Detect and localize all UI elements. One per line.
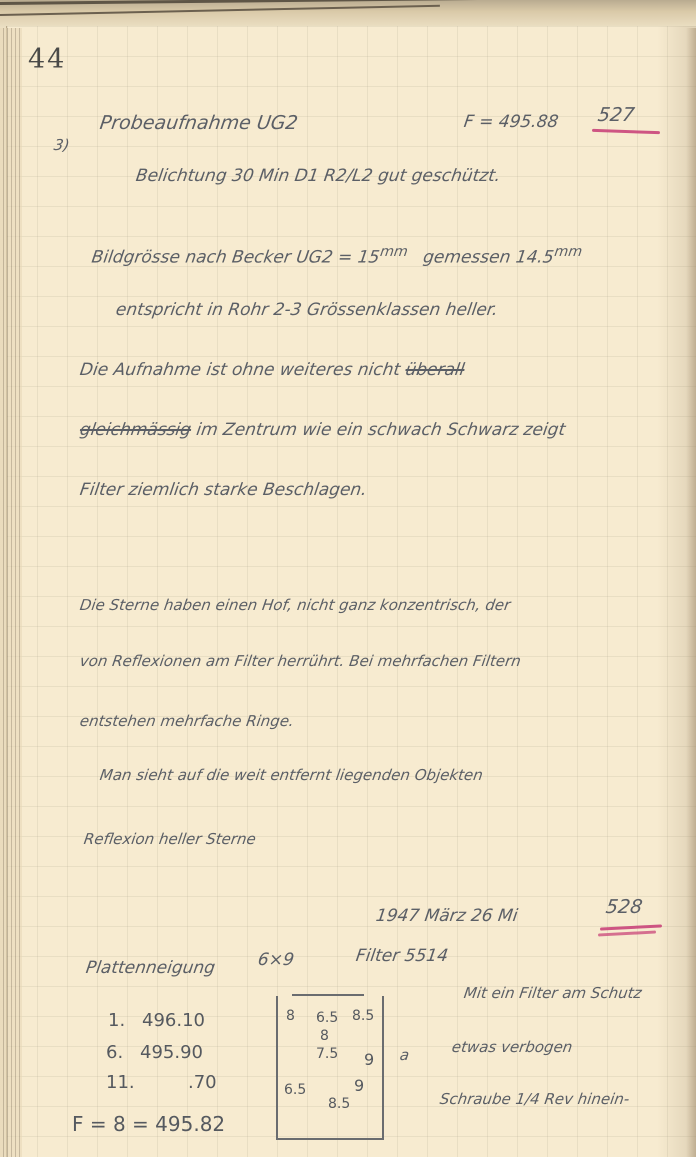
entry-title: Probeaufnahme UG2 bbox=[98, 112, 299, 134]
note-line: Mit ein Filter am Schutz bbox=[463, 984, 643, 1002]
note-line: etwas verbogen bbox=[451, 1038, 574, 1056]
grid-value: 8 bbox=[320, 1028, 329, 1044]
notebook-binding bbox=[0, 0, 696, 28]
text-line: Man sieht auf die weit entfernt liegende… bbox=[99, 766, 484, 784]
text-line: Die Sterne haben einen Hof, nicht ganz k… bbox=[79, 596, 512, 614]
text-span: Bildgrösse nach Becker UG2 = 15 bbox=[90, 248, 380, 268]
plate-format: 6×9 bbox=[257, 950, 296, 970]
focus-result: F = 8 = 495.82 bbox=[72, 1112, 225, 1136]
focus-value: F = 495.88 bbox=[463, 112, 560, 132]
grid-value: 6.5 bbox=[284, 1082, 306, 1098]
plate-number-527: 527 bbox=[596, 104, 635, 126]
superscript: mm bbox=[553, 244, 583, 260]
plate-number-528: 528 bbox=[604, 896, 643, 918]
reading-label: 11. bbox=[106, 1072, 135, 1093]
text-line: entspricht in Rohr 2-3 Grössenklassen he… bbox=[115, 300, 500, 320]
reading-label: 1. bbox=[108, 1010, 125, 1031]
text-line: entstehen mehrfache Ringe. bbox=[79, 712, 295, 730]
entry-date: 1947 März 26 Mi bbox=[375, 906, 519, 926]
note-line: Schraube 1/4 Rev hinein- bbox=[439, 1090, 631, 1108]
text-span: im Zentrum wie ein schwach Schwarz zeigt bbox=[195, 420, 567, 440]
grid-value: 9 bbox=[354, 1076, 364, 1095]
grid-value: 7.5 bbox=[316, 1046, 338, 1062]
exposure-line: Belichtung 30 Min D1 R2/L2 gut geschützt… bbox=[135, 166, 502, 186]
reading-value: .70 bbox=[188, 1072, 217, 1093]
grid-value: 6.5 bbox=[316, 1010, 338, 1026]
text-span: Die Aufnahme ist ohne weiteres nicht bbox=[79, 360, 402, 380]
filter-label: Filter 5514 bbox=[355, 946, 450, 966]
text-span: gemessen 14.5 bbox=[422, 248, 555, 268]
page-right-shadow bbox=[686, 28, 696, 1157]
reading-label: 6. bbox=[106, 1042, 123, 1063]
struck-text: gleichmässig bbox=[79, 420, 193, 440]
page-edge-stack bbox=[0, 28, 22, 1157]
reading-value: 495.90 bbox=[140, 1042, 203, 1063]
text-line: Die Aufnahme ist ohne weiteres nicht übe… bbox=[79, 360, 466, 380]
text-line: Filter ziemlich starke Beschlagen. bbox=[79, 480, 368, 500]
grid-value: 9 bbox=[364, 1050, 374, 1069]
grid-value: 8.5 bbox=[352, 1008, 374, 1024]
text-line: Bildgrösse nach Becker UG2 = 15mm gemess… bbox=[90, 244, 583, 268]
plate-tilt-grid: 8 6.5 8.5 8 7.5 9 6.5 9 8.5 bbox=[276, 996, 384, 1140]
item-label: 3) bbox=[53, 136, 71, 154]
superscript: mm bbox=[379, 244, 409, 260]
grid-value: 8 bbox=[286, 1008, 295, 1024]
text-line: Reflexion heller Sterne bbox=[83, 830, 257, 848]
reading-value: 496.10 bbox=[142, 1010, 205, 1031]
page-number: 44 bbox=[28, 44, 66, 75]
text-line: von Reflexionen am Filter herrührt. Bei … bbox=[79, 652, 522, 670]
struck-text: überall bbox=[404, 360, 466, 380]
entry-title: Plattenneigung bbox=[85, 958, 217, 978]
text-line: gleichmässig im Zentrum wie ein schwach … bbox=[79, 420, 567, 440]
grid-value: 8.5 bbox=[328, 1096, 350, 1112]
